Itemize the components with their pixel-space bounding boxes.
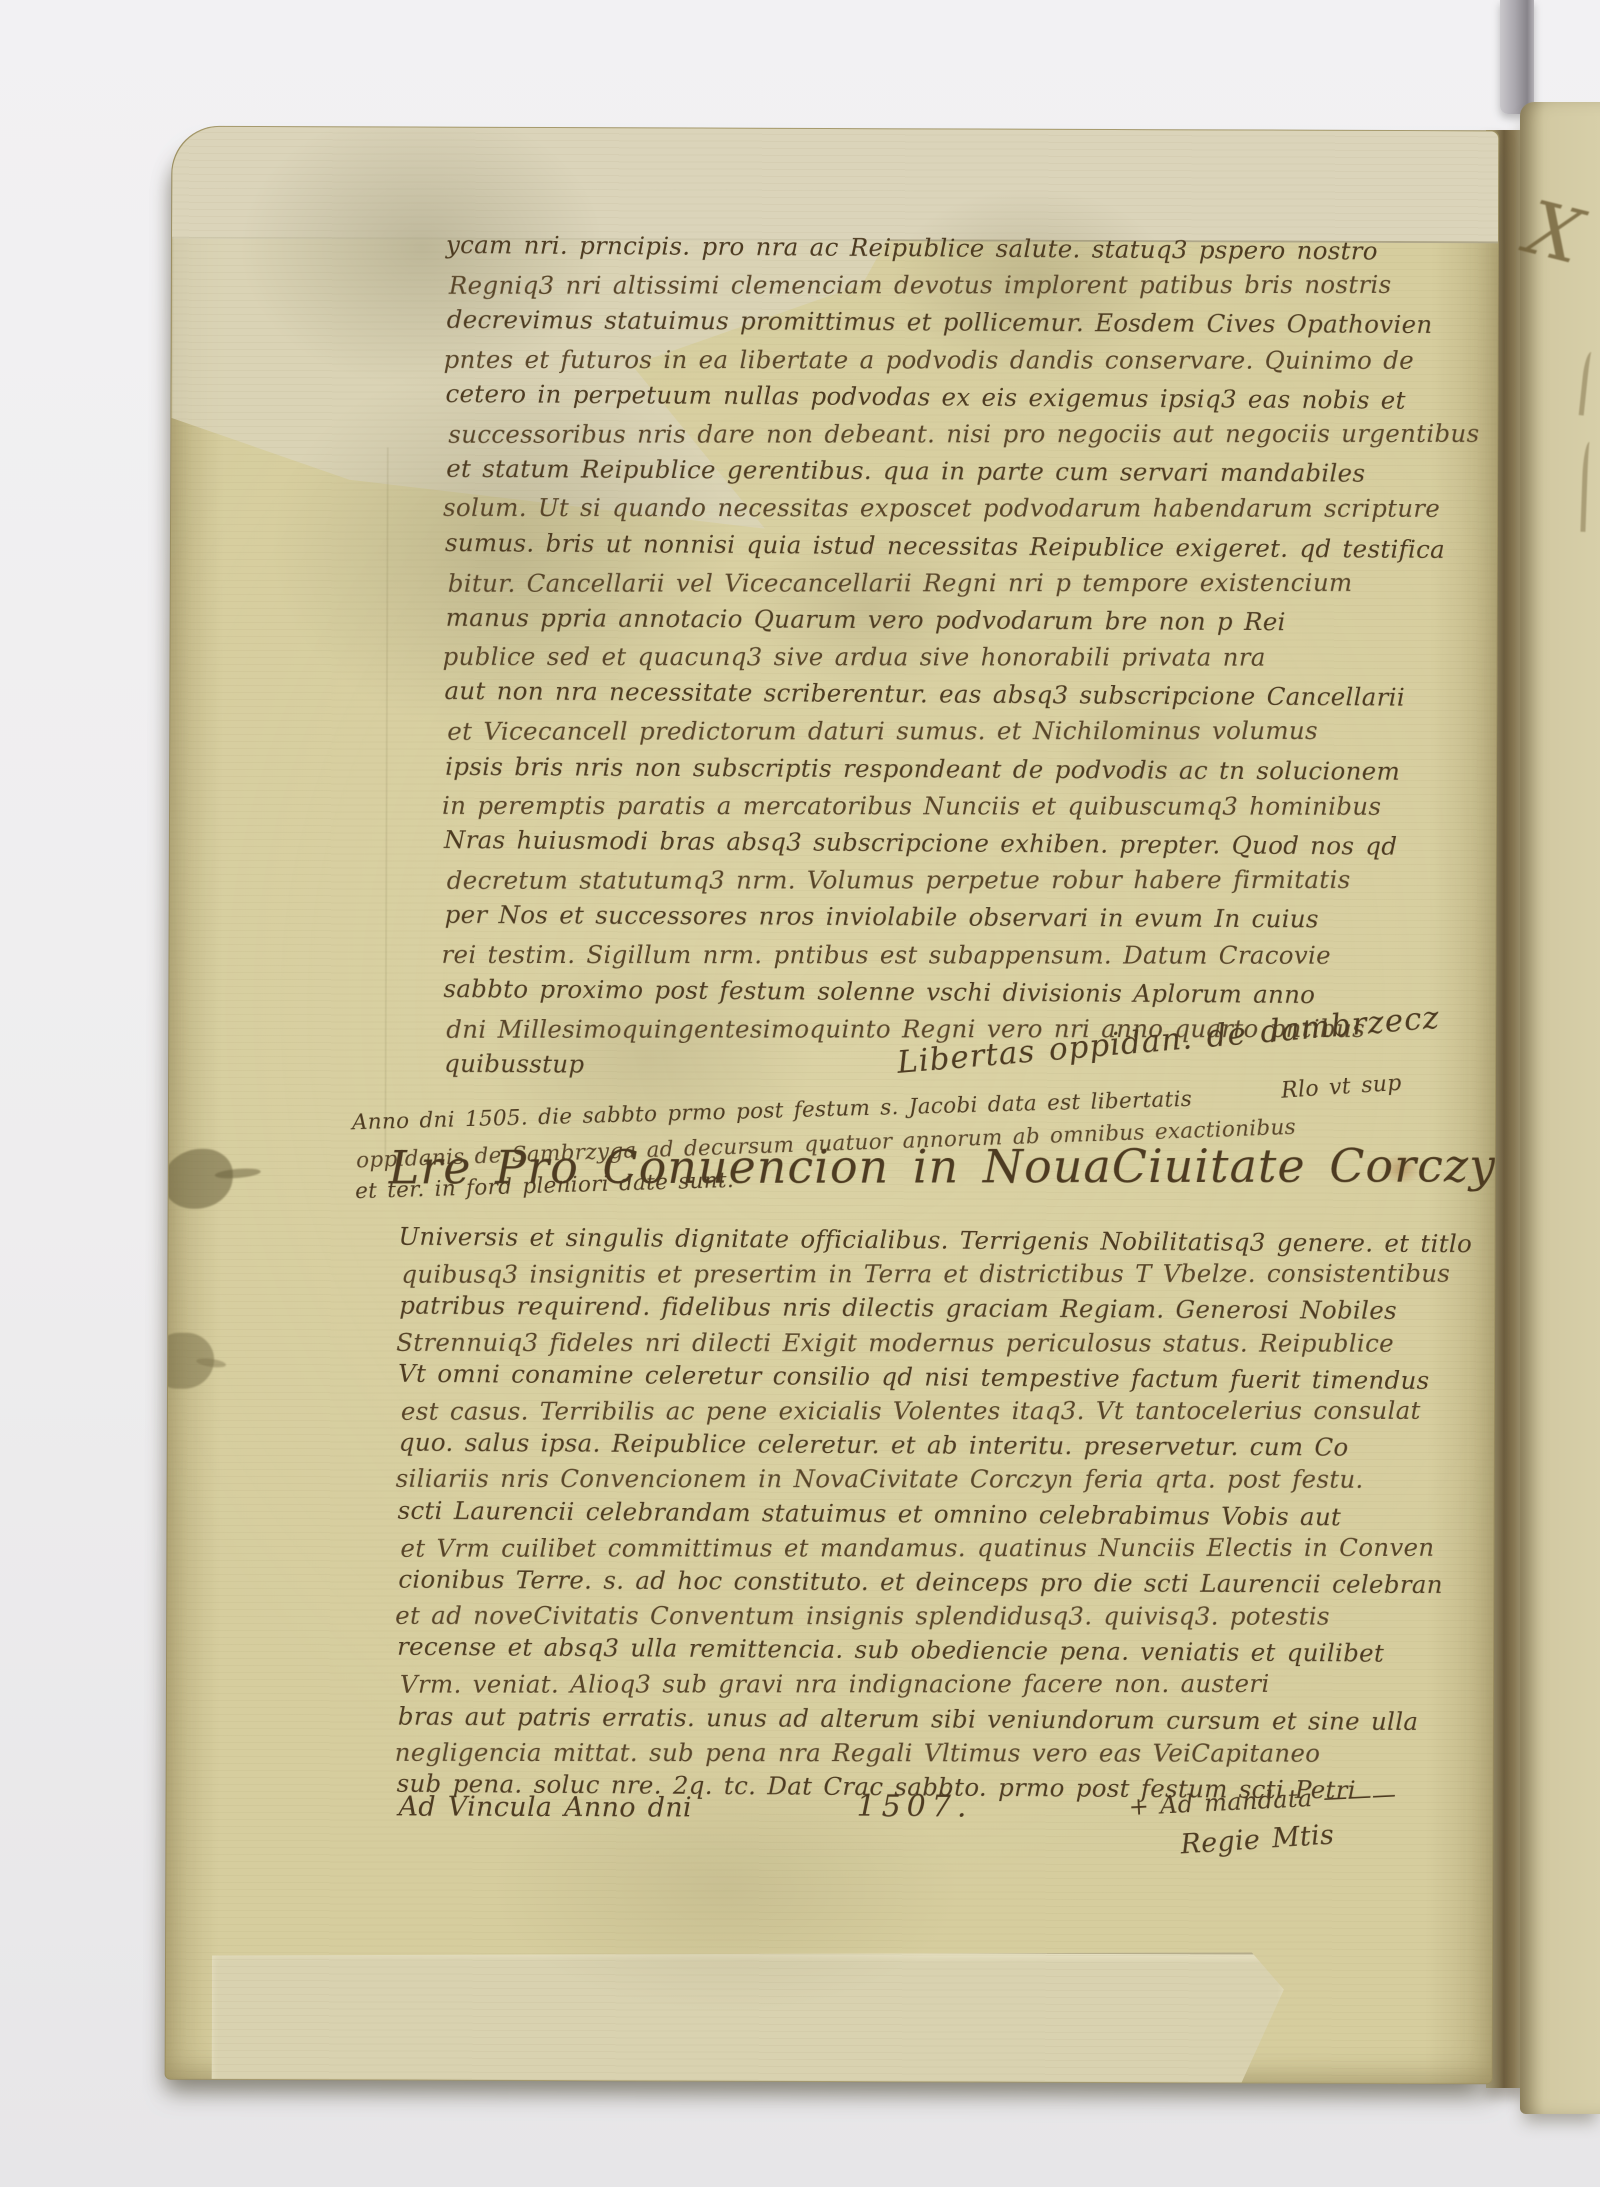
manuscript-line: quibusq3 insignitis et presertim in Terr… <box>401 1257 1411 1292</box>
manuscript-line: et Vrm cuilibet committimus et mandamus.… <box>400 1530 1410 1565</box>
repair-patch-bottom <box>212 1949 1284 2084</box>
year-figure: 1507. <box>856 1789 972 1824</box>
manuscript-line: Regniq3 nri altissimi clemenciam devotus… <box>449 266 1409 304</box>
manuscript-line: Nras huiusmodi bras absq3 subscripcione … <box>444 821 1404 865</box>
partial-letter-mark <box>1580 442 1598 532</box>
manuscript-line: Universis et singulis dignitate official… <box>398 1220 1408 1261</box>
manuscript-line: scti Laurencii celebrandam statuimus et … <box>397 1493 1407 1534</box>
book-cradle-clamp <box>1500 0 1534 114</box>
signature-line-2: Regie Mtis <box>1180 1819 1335 1860</box>
manuscript-line: cetero in perpetuum nullas podvodas ex e… <box>445 375 1405 419</box>
manuscript-line: pntes et futuros in ea libertate a podvo… <box>444 340 1404 378</box>
manuscript-line: et Vicecancell predictorum daturi sumus.… <box>447 712 1407 750</box>
partial-letter-mark <box>1579 351 1600 416</box>
ink-blot <box>165 1333 215 1389</box>
manuscript-page: ycam nri. prncipis. pro nra ac Reipublic… <box>165 126 1500 2085</box>
manuscript-line: quo. salus ipsa. Reipublice celeretur. e… <box>399 1426 1409 1465</box>
manuscript-line: est casus. Terribilis ac pene exicialis … <box>401 1394 1411 1429</box>
repair-patch-top <box>172 127 1498 244</box>
manuscript-line: Vt omni conamine celeretur consilio qd n… <box>398 1356 1408 1397</box>
dateline: Ad Vincula Anno dni <box>398 1791 691 1823</box>
manuscript-line: bras aut patris erratis. unus ad alterum… <box>398 1699 1408 1738</box>
manuscript-line: sabbto proximo post festum solenne vschi… <box>443 970 1403 1014</box>
manuscript-line: siliariis nris Convencionem in NovaCivit… <box>396 1462 1406 1497</box>
manuscript-line: Strennuiq3 fideles nri dilecti Exigit mo… <box>396 1325 1406 1360</box>
flourish-mark: X <box>1518 185 1590 281</box>
section-heading: Lre Pro Conuencion in NouaCiuitate Corcz… <box>389 1138 1500 1194</box>
manuscript-line: patribus requirend. fidelibus nris dilec… <box>399 1289 1409 1328</box>
manuscript-line: successoribus nris dare non debeant. nis… <box>448 415 1408 453</box>
manuscript-line: decrevimus statuimus promittimus et poll… <box>447 301 1407 343</box>
text-block-upper: ycam nri. prncipis. pro nra ac Reipublic… <box>443 228 1406 1087</box>
manuscript-line: negligencia mittat. sub pena nra Regali … <box>395 1736 1405 1771</box>
facing-page-edge: X <box>1520 102 1600 2114</box>
manuscript-line: solum. Ut si quando necessitas exposcet … <box>443 489 1403 527</box>
manuscript-line: cionibus Terre. s. ad hoc constituto. et… <box>398 1562 1408 1601</box>
parchment-seam <box>385 447 389 1167</box>
manuscript-line: et ad noveCivitatis Conventum insignis s… <box>395 1599 1405 1634</box>
manuscript-line: bitur. Cancellarii vel Vicecancellarii R… <box>448 564 1408 602</box>
manuscript-line: decretum statutumq3 nrm. Volumus perpetu… <box>447 861 1407 899</box>
scanned-spread: X ycam nri. prncipis. pro nra ac Reipubl… <box>0 0 1600 2187</box>
manuscript-line: Vrm. veniat. Alioq3 sub gravi nra indign… <box>400 1667 1410 1702</box>
manuscript-line: et statum Reipublice gerentibus. qua in … <box>446 450 1406 492</box>
manuscript-line: publice sed et quacunq3 sive ardua sive … <box>443 638 1403 676</box>
ink-blot <box>165 1149 233 1209</box>
manuscript-line: manus ppria annotacio Quarum vero podvod… <box>446 599 1406 641</box>
manuscript-line: recense et absq3 ulla remittencia. sub o… <box>397 1630 1407 1671</box>
manuscript-line: ipsis bris nris non subscriptis responde… <box>445 747 1405 789</box>
manuscript-line: per Nos et successores nros inviolabile … <box>445 896 1405 938</box>
manuscript-line: ycam nri. prncipis. pro nra ac Reipublic… <box>446 226 1406 270</box>
manuscript-line: rei testim. Sigillum nrm. pntibus est su… <box>442 935 1402 973</box>
text-block-lower: Universis et singulis dignitate official… <box>397 1221 1409 1806</box>
manuscript-line: aut non nra necessitate scriberentur. ea… <box>444 672 1404 716</box>
manuscript-line: sumus. bris ut nonnisi quia istud necess… <box>445 523 1405 567</box>
manuscript-line: in peremptis paratis a mercatoribus Nunc… <box>442 787 1402 825</box>
